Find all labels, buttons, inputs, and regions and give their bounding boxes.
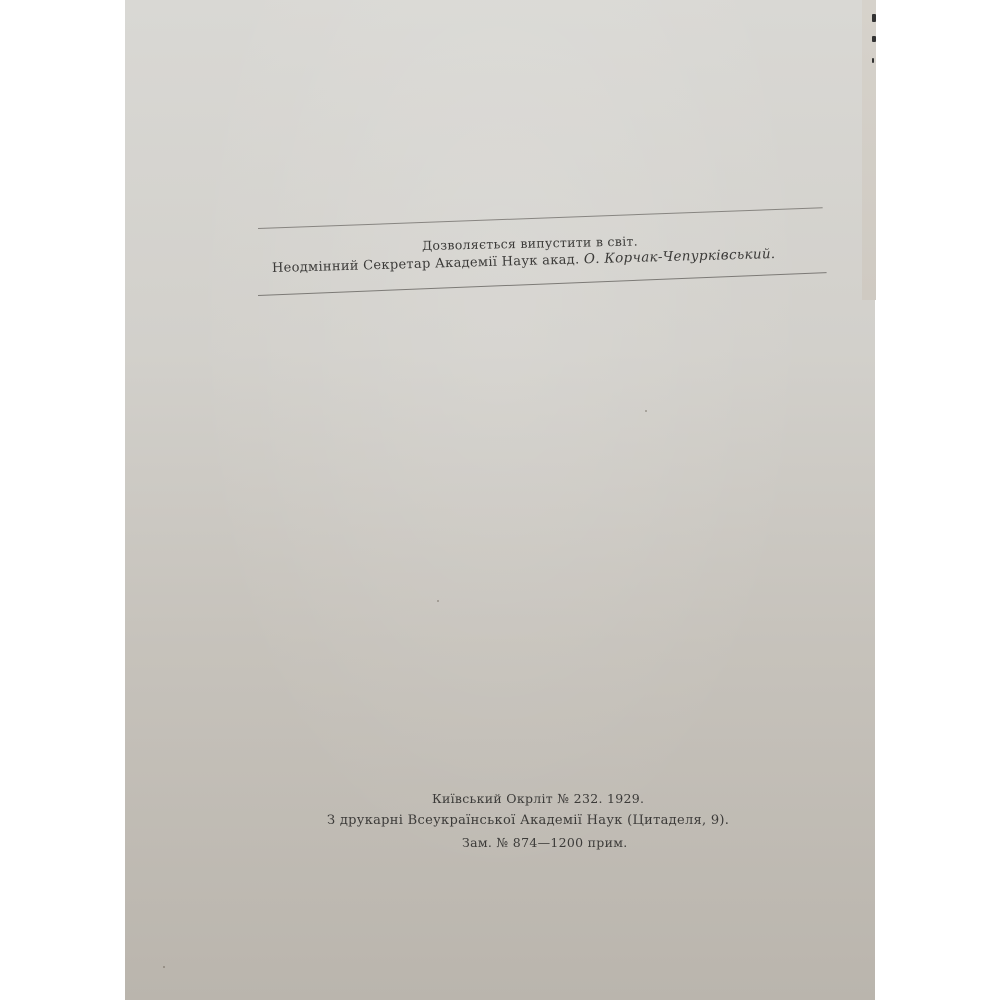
facing-page-edge	[862, 0, 876, 300]
paper-speck	[163, 966, 165, 968]
paper-speck	[437, 600, 439, 602]
facing-page-glyph	[872, 36, 876, 42]
colophon-line-1: Київський Окрліт № 232. 1929.	[432, 791, 644, 806]
paper-speck	[645, 410, 647, 412]
book-page	[125, 0, 875, 1000]
colophon-line-2: З друкарні Всеукраїнської Академії Наук …	[327, 813, 729, 828]
facing-page-glyph	[872, 58, 874, 63]
colophon-line-3: Зам. № 874—1200 прим.	[462, 835, 628, 850]
facing-page-glyph	[872, 14, 876, 22]
